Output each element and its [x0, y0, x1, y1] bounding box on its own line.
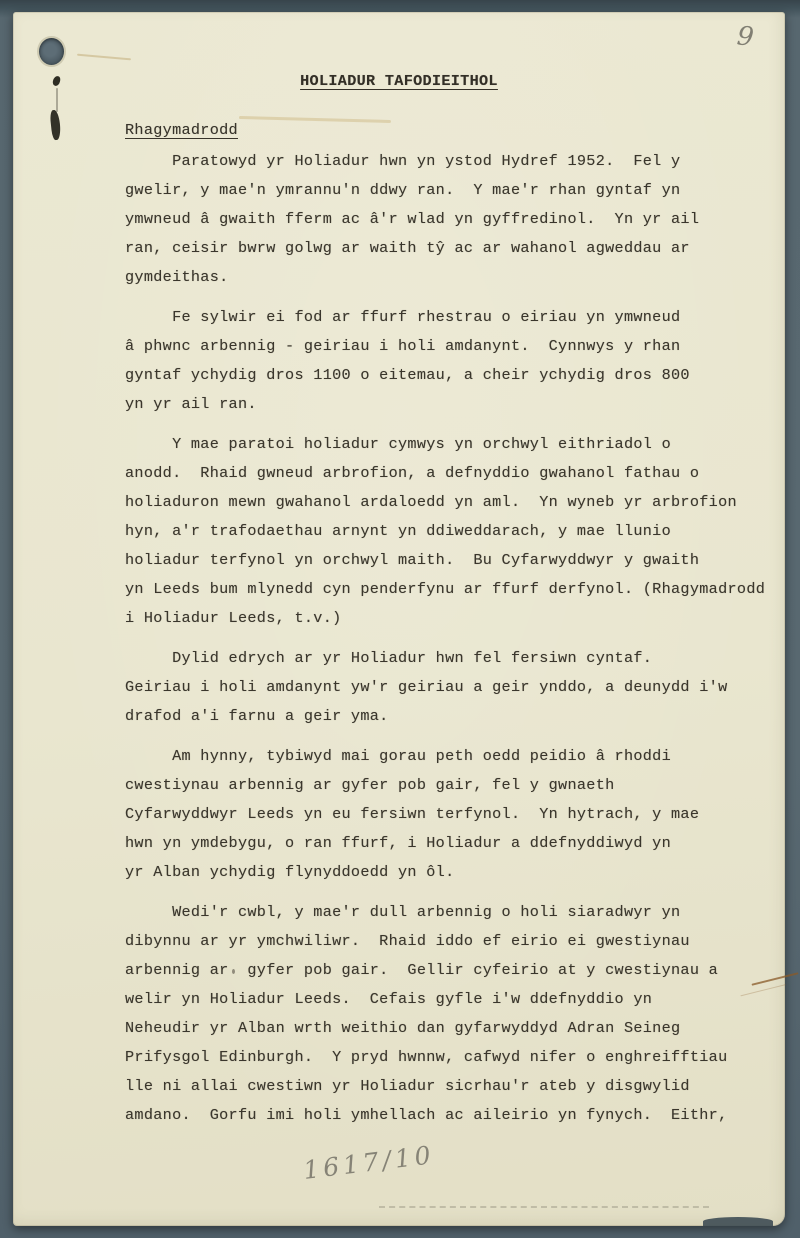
paragraph-6: Wedi'r cwbl, y mae'r dull arbennig o hol…	[125, 898, 781, 1130]
paper-edge-blemish	[703, 1217, 773, 1226]
document-body: Paratowyd yr Holiadur hwn yn ystod Hydre…	[125, 147, 781, 1141]
handwritten-catalog-number: 1617/10	[302, 1140, 436, 1185]
document-title: HOLIADUR TAFODIEITHOL	[13, 72, 785, 90]
ink-smudge	[49, 110, 61, 141]
handwritten-page-number: 9	[735, 21, 755, 53]
paragraph-1: Paratowyd yr Holiadur hwn yn ystod Hydre…	[125, 147, 781, 292]
punch-hole	[39, 38, 64, 65]
scan-artifact-marks	[379, 1206, 709, 1208]
document-page: 9 HOLIADUR TAFODIEITHOL Rhagymadrodd Par…	[13, 12, 785, 1226]
scan-background: { "page": { "background_color": "#586870…	[0, 0, 800, 1238]
ink-smudge	[56, 88, 58, 112]
paragraph-4: Dylid edrych ar yr Holiadur hwn fel fers…	[125, 644, 781, 731]
paragraph-2: Fe sylwir ei fod ar ffurf rhestrau o eir…	[125, 303, 781, 419]
paragraph-3: Y mae paratoi holiadur cymwys yn orchwyl…	[125, 430, 781, 633]
section-heading: Rhagymadrodd	[125, 121, 238, 139]
paper-scratch	[77, 54, 131, 61]
paper-scratch	[239, 116, 391, 122]
paragraph-5: Am hynny, tybiwyd mai gorau peth oedd pe…	[125, 742, 781, 887]
